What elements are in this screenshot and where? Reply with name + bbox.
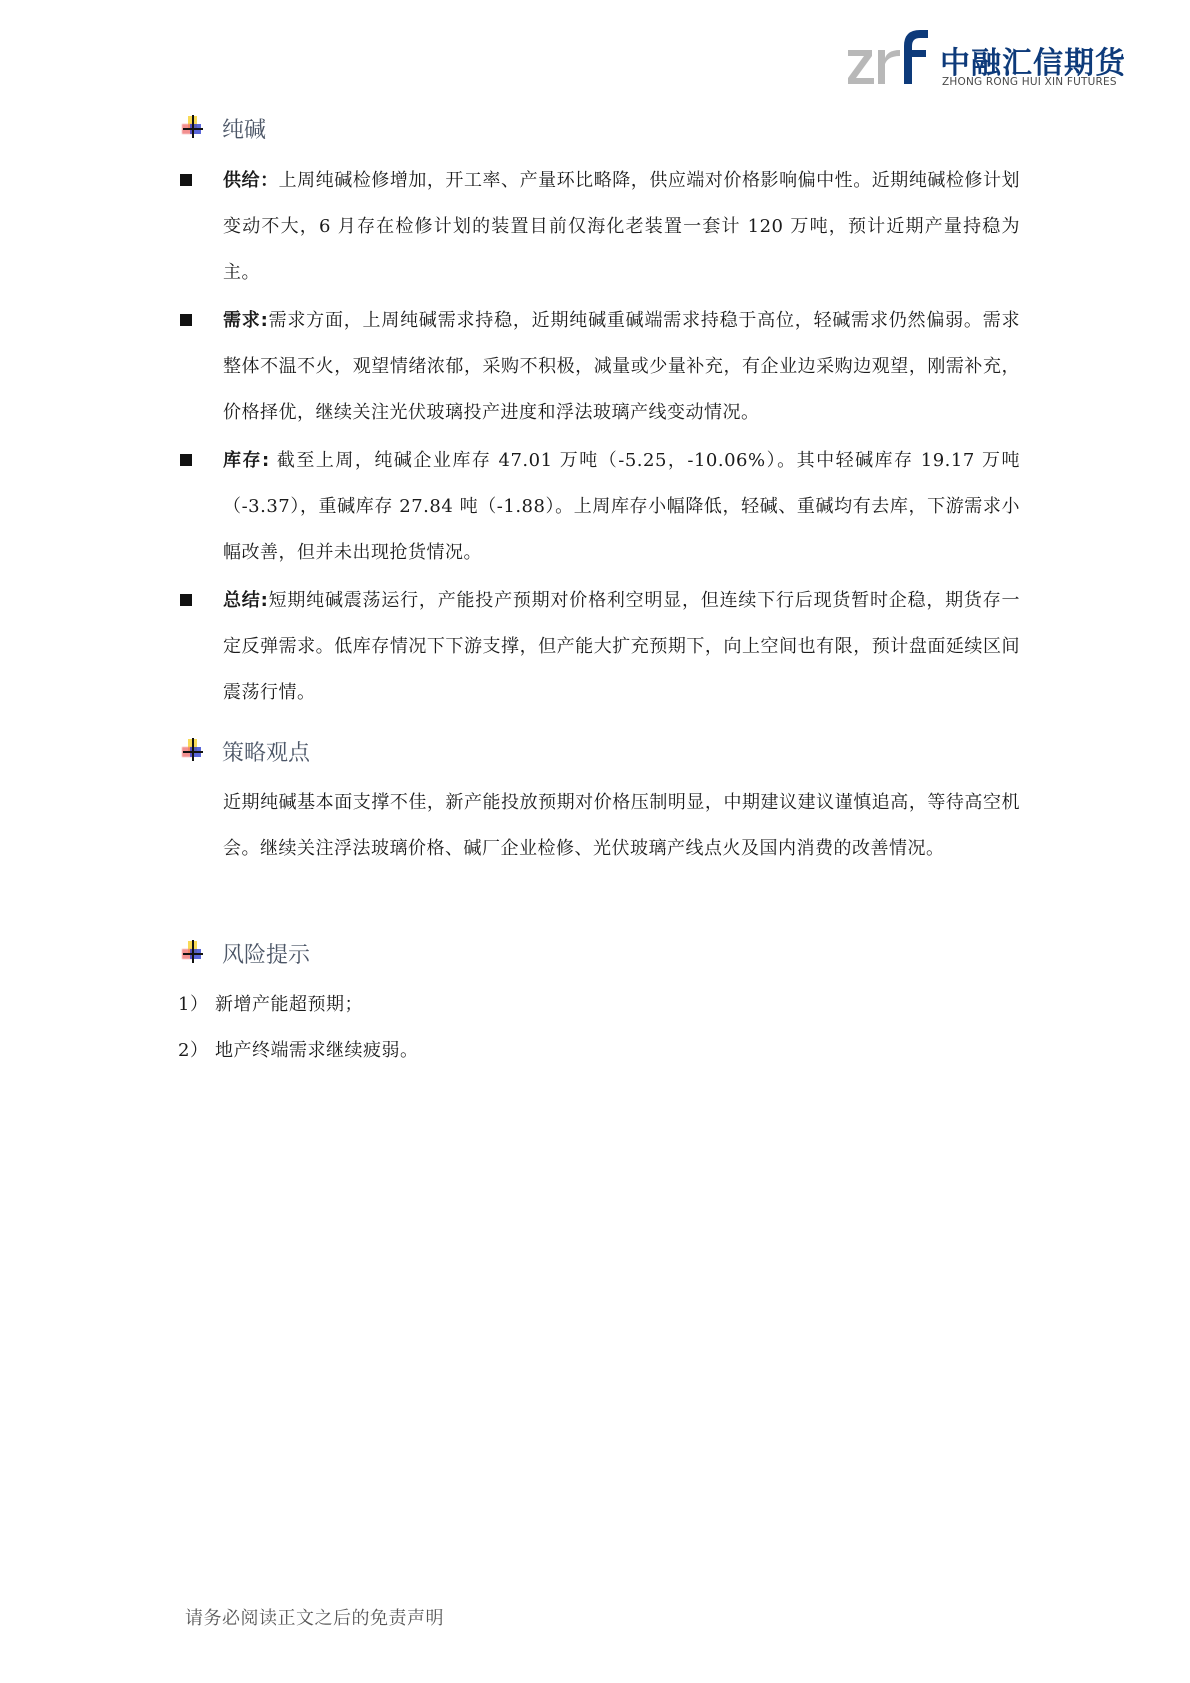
paragraph-text: 上周纯碱检修增加，开工率、产量环比略降，供应端对价格影响偏中性。近期纯碱检修计划…	[223, 170, 1020, 283]
paragraph-supply: 供给：上周纯碱检修增加，开工率、产量环比略降，供应端对价格影响偏中性。近期纯碱检…	[180, 158, 1020, 296]
paragraph-label: 供给：	[223, 170, 279, 191]
paragraph-inventory: 库存: 截至上周，纯碱企业库存 47.01 万吨（-5.25，-10.06%）。…	[180, 438, 1020, 576]
paragraph-label: 需求:	[223, 310, 268, 331]
logo-english-name: ZHONG RONG HUI XIN FUTURES	[942, 76, 1117, 88]
zrf-logo-icon	[848, 28, 930, 90]
section-heading-strategy: 策略观点	[180, 735, 310, 767]
paragraph-text: 短期纯碱震荡运行，产能投产预期对价格利空明显，但连续下行后现货暂时企稳，期货存一…	[223, 590, 1020, 703]
section-title: 风险提示	[222, 938, 310, 969]
paragraph-text: 截至上周，纯碱企业库存 47.01 万吨（-5.25，-10.06%）。其中轻碱…	[223, 450, 1020, 563]
paragraph-label: 总结:	[223, 590, 268, 611]
risk-item: 2）地产终端需求继续疲弱。	[178, 1028, 419, 1074]
paragraph-summary: 总结:短期纯碱震荡运行，产能投产预期对价格利空明显，但连续下行后现货暂时企稳，期…	[180, 578, 1020, 716]
risk-item-text: 新增产能超预期；	[215, 994, 363, 1015]
paragraph-label: 库存:	[223, 450, 270, 471]
square-bullet-icon	[180, 174, 192, 186]
risk-item: 1）新增产能超预期；	[178, 982, 363, 1028]
risk-item-number: 1）	[178, 982, 215, 1028]
section-heading-soda-ash: 纯碱	[180, 112, 266, 144]
strategy-paragraph: 近期纯碱基本面支撑不佳，新产能投放预期对价格压制明显，中期建议建议谨慎追高，等待…	[223, 780, 1020, 872]
section-bullet-icon	[180, 940, 206, 966]
paragraph-text: 需求方面，上周纯碱需求持稳，近期纯碱重碱端需求持稳于高位，轻碱需求仍然偏弱。需求…	[223, 310, 1020, 423]
risk-item-number: 2）	[178, 1028, 215, 1074]
square-bullet-icon	[180, 594, 192, 606]
section-bullet-icon	[180, 115, 206, 141]
section-bullet-icon	[180, 738, 206, 764]
square-bullet-icon	[180, 454, 192, 466]
section-heading-risk: 风险提示	[180, 937, 310, 969]
disclaimer-footer: 请务必阅读正文之后的免责声明	[185, 1604, 444, 1630]
company-logo: 中融汇信期货 ZHONG RONG HUI XIN FUTURES	[848, 28, 1118, 90]
section-title: 纯碱	[222, 113, 266, 144]
section-title: 策略观点	[222, 736, 310, 767]
risk-item-text: 地产终端需求继续疲弱。	[215, 1040, 419, 1061]
square-bullet-icon	[180, 314, 192, 326]
paragraph-demand: 需求:需求方面，上周纯碱需求持稳，近期纯碱重碱端需求持稳于高位，轻碱需求仍然偏弱…	[180, 298, 1020, 436]
